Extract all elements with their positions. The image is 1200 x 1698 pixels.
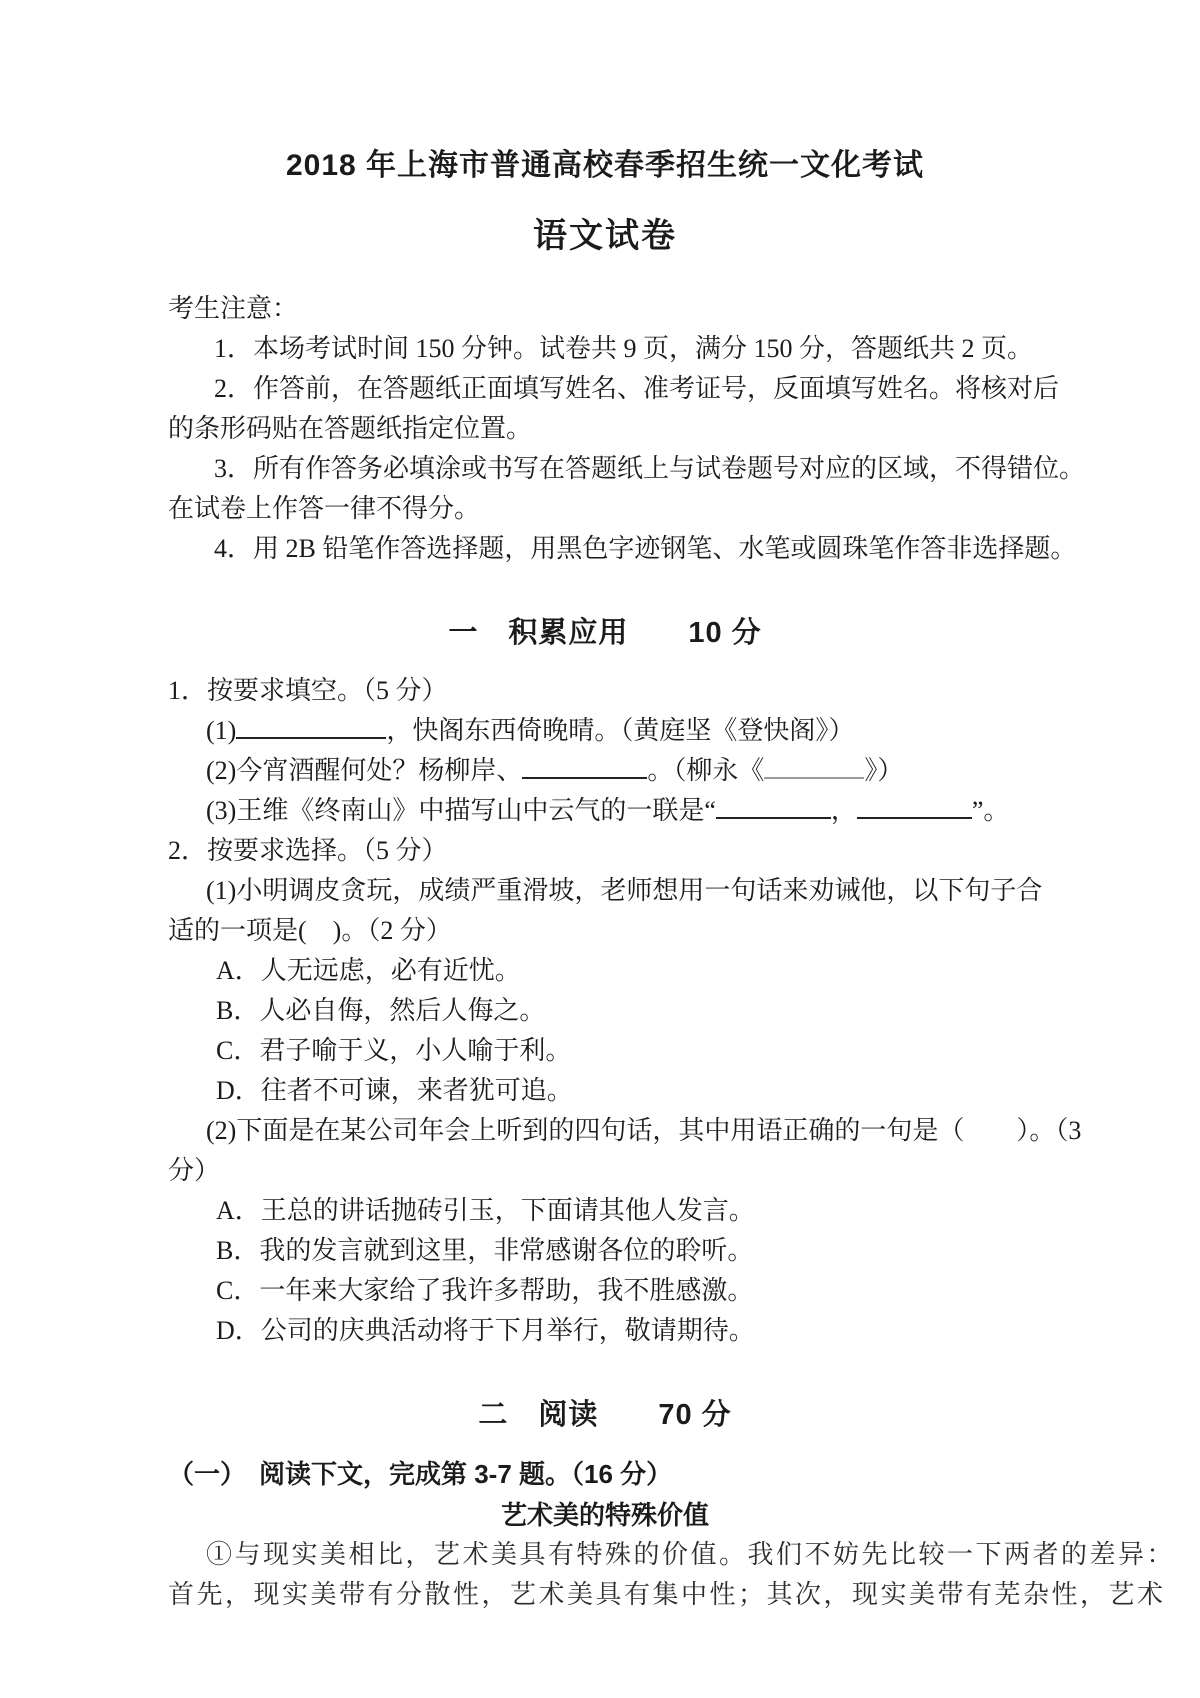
passage-title: 艺术美的特殊价值: [168, 1495, 1042, 1535]
option-item-b: B．人必自侮，然后人侮之。: [168, 991, 1042, 1031]
fill-item-2-mid: 。（柳永《: [647, 756, 764, 785]
fill-item-1-post: ，快阁东西倚晚晴。（黄庭坚《登快阁》）: [386, 716, 854, 745]
fill-item-2-pre: (2)今宵酒醒何处？杨柳岸、: [206, 756, 522, 785]
question-2-1-line-2: 适的一项是( )。（2 分）: [168, 911, 1042, 951]
fill-item-2: (2)今宵酒醒何处？杨柳岸、。（柳永《》）: [168, 751, 1042, 791]
question-2-2-line-2: 分）: [168, 1151, 1042, 1191]
notice-item-1: 1．本场考试时间 150 分钟。试卷共 9 页，满分 150 分，答题纸共 2 …: [168, 329, 1042, 369]
question-2-2-line-1: (2)下面是在某公司年会上听到的四句话，其中用语正确的一句是（ ）。（3: [168, 1111, 1042, 1151]
notice-item-2-line-1: 2．作答前，在答题纸正面填写姓名、准考证号，反面填写姓名。将核对后: [168, 369, 1042, 409]
notice-item-3-line-2: 在试卷上作答一律不得分。: [168, 489, 1042, 529]
answer-blank: [522, 755, 647, 779]
option-item-b: B．我的发言就到这里，非常感谢各位的聆听。: [168, 1231, 1042, 1271]
section-1-body: 1．按要求填空。（5 分） (1)，快阁东西倚晚晴。（黄庭坚《登快阁》） (2)…: [168, 671, 1042, 1351]
question-2-stem: 2．按要求选择。（5 分）: [168, 831, 1042, 871]
passage-line-2: 首先，现实美带有分散性，艺术美具有集中性；其次，现实美带有芜杂性，艺术: [168, 1575, 1042, 1615]
section-2-heading: 二 阅读 70 分: [168, 1395, 1042, 1435]
answer-blank: [716, 795, 831, 819]
fill-item-1-pre: (1): [206, 716, 236, 745]
notice-item-4: 4．用 2B 铅笔作答选择题，用黑色字迹钢笔、水笔或圆珠笔作答非选择题。: [168, 529, 1042, 569]
fill-item-3-mid: ，: [831, 796, 857, 825]
passage-line-1: ①与现实美相比，艺术美具有特殊的价值。我们不妨先比较一下两者的差异：: [168, 1535, 1042, 1575]
fill-item-3: (3)王维《终南山》中描写山中云气的一联是“，”。: [168, 791, 1042, 831]
notice-heading: 考生注意：: [168, 289, 1042, 329]
answer-blank: [857, 795, 972, 819]
fill-item-1: (1)，快阁东西倚晚晴。（黄庭坚《登快阁》）: [168, 711, 1042, 751]
exam-title: 2018 年上海市普通高校春季招生统一文化考试: [168, 140, 1042, 184]
fill-item-3-pre: (3)王维《终南山》中描写山中云气的一联是“: [206, 796, 716, 825]
notice-item-2-line-2: 的条形码贴在答题纸指定位置。: [168, 409, 1042, 449]
notice-item-3-line-1: 3．所有作答务必填涂或书写在答题纸上与试卷题号对应的区域，不得错位。: [168, 449, 1042, 489]
option-item-d: D．公司的庆典活动将于下月举行，敬请期待。: [168, 1311, 1042, 1351]
section-2-body: （一） 阅读下文，完成第 3-7 题。（16 分） 艺术美的特殊价值 ①与现实美…: [168, 1453, 1042, 1615]
question-2-1-line-1: (1)小明调皮贪玩，成绩严重滑坡，老师想用一句话来劝诫他，以下句子合: [168, 871, 1042, 911]
exam-subtitle: 语文试卷: [168, 208, 1042, 257]
option-item-a: A．人无远虑，必有近忧。: [168, 951, 1042, 991]
option-item-c: C．一年来大家给了我许多帮助，我不胜感激。: [168, 1271, 1042, 1311]
fill-item-2-post: 》）: [864, 756, 903, 785]
option-item-a: A．王总的讲话抛砖引玉，下面请其他人发言。: [168, 1191, 1042, 1231]
option-item-c: C．君子喻于义，小人喻于利。: [168, 1031, 1042, 1071]
answer-blank: [764, 755, 864, 779]
candidate-notice: 考生注意： 1．本场考试时间 150 分钟。试卷共 9 页，满分 150 分，答…: [168, 289, 1042, 569]
section-1-heading: 一 积累应用 10 分: [168, 613, 1042, 653]
fill-item-3-post: ”。: [972, 796, 1010, 825]
exam-paper-page: 2018 年上海市普通高校春季招生统一文化考试 语文试卷 考生注意： 1．本场考…: [0, 0, 1200, 1698]
option-item-d: D．往者不可谏，来者犹可追。: [168, 1071, 1042, 1111]
reading-part-heading: （一） 阅读下文，完成第 3-7 题。（16 分）: [168, 1453, 1042, 1495]
answer-blank: [236, 715, 386, 739]
question-1-stem: 1．按要求填空。（5 分）: [168, 671, 1042, 711]
